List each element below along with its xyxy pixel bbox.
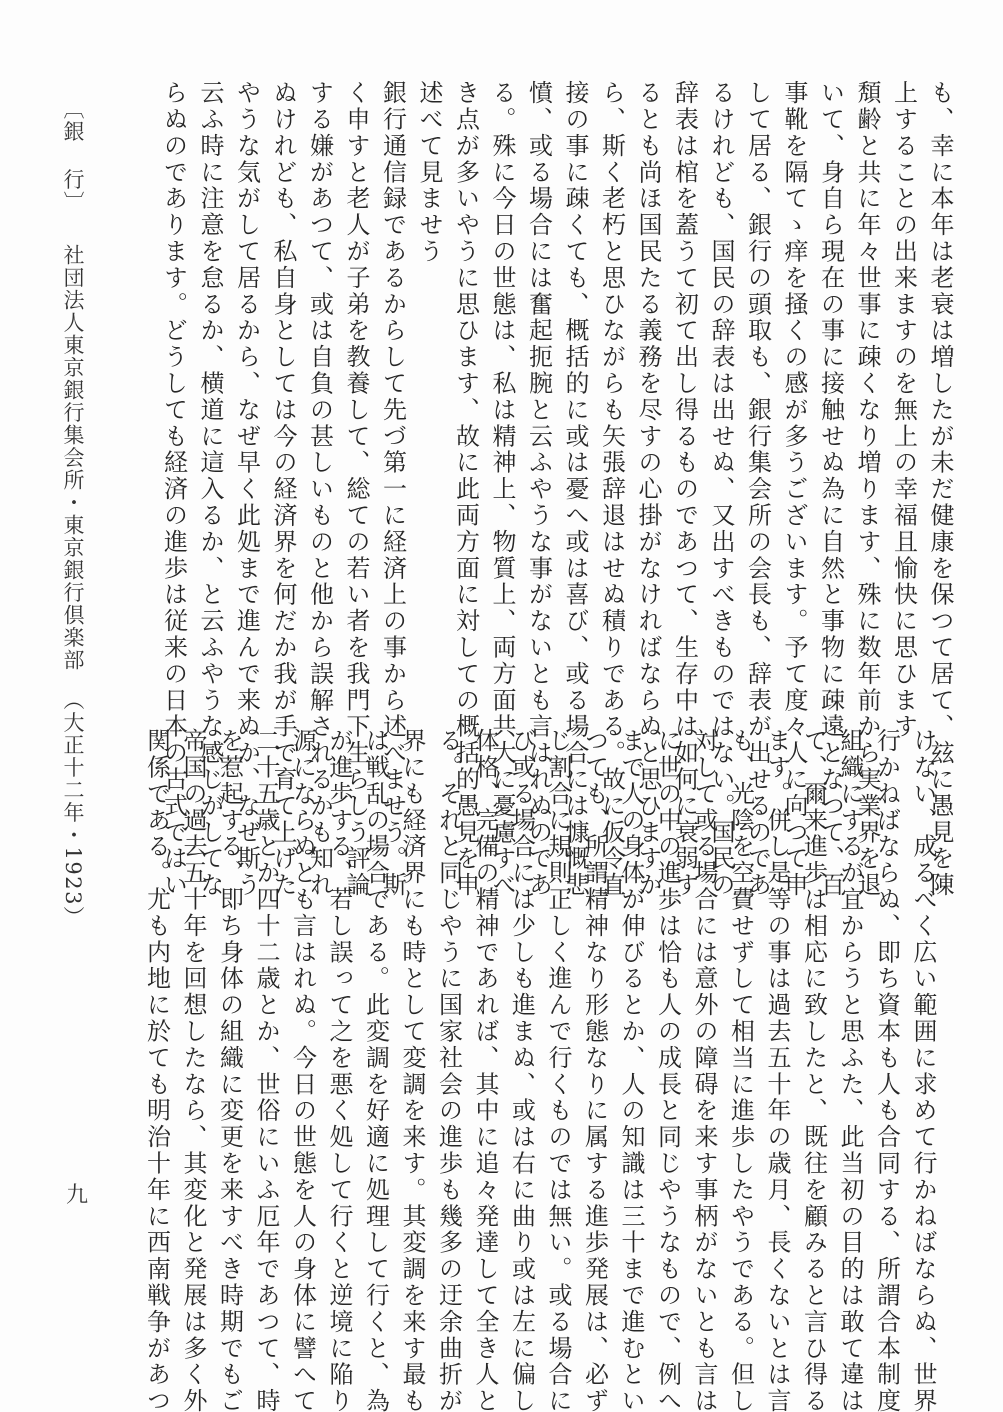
text-column: 辞表は棺を蓋うて初て出し得るものであつて、生存中は如何に衰弱す [666,80,703,688]
text-column: 関係である。尤も内地に於ても明治十年に西南戦争があつたが、二十 [138,728,175,1296]
text-column: まで人の身体が伸びるとか、人の知識は三十まで進むといふ定義はあ [613,728,650,1296]
text-column: る。それと同じやうに国家社会の進歩も幾多の迂余曲折がある。思想 [430,728,467,1296]
running-head-organization: 社団法人東京銀行集会所・東京銀行倶楽部 [58,244,88,672]
text-column: つても、所謂精神なり形態なりに属する進歩発展は、必ずしも年々同 [576,728,613,1296]
text-column: ら、斯く老朽と思ひながらも矢張辞退はせぬ積りである。故に仮令直 [593,80,630,688]
text-column: 接の事に疎くても、概括的に或は憂へ或は喜び、或る場合には慷慨悲 [557,80,594,688]
text-column: 二十五歳とか四十二歳とか、世俗にいふ厄年であつて、時に意外の病 [248,728,285,1296]
text-column: する嫌があつて、或は自負の甚しいものと他から誤解されるかも知れ [301,80,338,688]
text-column: 対して或る場合には意外の障碍を来す事柄がないとも言はれぬ。想ふ [686,728,723,1296]
text-column: は戦乱の場合である。此変調を好適に処理して行くと、為に大に事物 [357,728,394,1296]
text-column: に世の中の進歩は恰も人の成長と同じやうなもので、例へば二十五歳 [649,728,686,1296]
text-column: やうな気がして居るから、なぜ早く此処まで進んで来ぬか、なぜ斯う [228,80,265,688]
text-column: 体格、完備の精神であれば、其中に追々発達して全き人となるのであ [467,728,504,1296]
text-block-top: も、幸に本年は老衰は増したが未だ健康を保つて居て、玆に愚見を陳 上することの出来… [98,80,958,688]
text-column: けない、成るべく広い範囲に求めて行かねばならぬ、世界的にやつて [905,728,942,1296]
text-column: 源にならぬとも言はれぬ。今日の世態を人の身体に譬へて言ふならば [284,728,321,1296]
text-column: 銀行通信録であるからして先づ第一に経済上の事から述べませう。斯 [374,80,411,688]
text-column: ぬけれども、私自身としては今の経済界を何だか我が手で育て上げた [265,80,302,688]
text-column: て、爾来進歩は相応に致したと、既往を顧みると言ひ得るやうであり [795,728,832,1296]
text-column: び或る場合には少しも進まぬ、或は右に曲り或は左に偏して、健全の [503,728,540,1296]
text-column: じ割合に規則正しく進んで行くものでは無い。或る場合にはズット伸 [540,728,577,1296]
running-head-section: 〔銀 行〕 [58,98,88,214]
document-page: も、幸に本年は老衰は増したが未だ健康を保つて居て、玆に愚見を陳 上することの出来… [0,0,1003,1412]
text-column: るとも尚ほ国民たる義務を尽すの心掛がなければならぬと思ひますか [630,80,667,688]
running-head-year: （大正十二年・1923） [58,689,88,928]
text-column: るけれども、国民の辞表は出せぬ、又出すべきものではない。国民の [703,80,740,688]
text-column: 頽齢と共に年々世事に疎くなり増ります、殊に数年前から実業界を退 [849,80,886,688]
text-column: が進歩する、若し誤って之を悪く処して行くと逆境に陥りて種々の病 [321,728,358,1296]
page-number: 九 [66,1178,88,1209]
text-column: き点が多いやうに思ひます、故に此両方面に対しての概括的愚見を申 [447,80,484,688]
text-column: 憤、或る場合には奮起扼腕と云ふやうな事がないとも言はれぬのであ [520,80,557,688]
text-column: る。殊に今日の世態は、私は精神上、物質上、両方面共大に憂慮すべ [484,80,521,688]
text-column: 事靴を隔てゝ痒を掻くの感が多うございます。予て度々人に向つて申 [776,80,813,688]
text-column: して居る、銀行の頭取も、銀行集会所の会長も、辞表が出せるのであ [739,80,776,688]
text-column: いて、身自ら現在の事に接触せぬ為に自然と事物に疎遠となつて、百 [812,80,849,688]
text-column: を惹起する、即ち身体の組織に変更を来すべき時期でもございませう [211,728,248,1296]
text-column: 界にも経済界にも時として変調を来す。其変調を来す最も著しき機会 [394,728,431,1296]
text-column: も、幸に本年は老衰は増したが未だ健康を保つて居て、玆に愚見を陳 [922,80,959,688]
running-head: 〔銀 行〕社団法人東京銀行集会所・東京銀行倶楽部（大正十二年・1923） [58,98,88,928]
text-column: も、光陰を空費せずして相当に進歩したやうである。但し時の変化に [722,728,759,1296]
text-column: ます。併し是等の事は過去五十年の歳月、長くないとは言はぬけれど [759,728,796,1296]
text-column: 帝国の過去五十年を回想したなら、其変化と発展は多く外国に対する [175,728,212,1296]
text-column: 云ふ時に注意を怠るか、横道に這入るか、と云ふやうな感じがしてな [192,80,229,688]
text-column: らぬのであります。どうしても経済の進歩は従来の日本の古式ではい [155,80,192,688]
text-column: 上することの出来ますのを無上の幸福且愉快に思ひます [885,80,922,688]
text-column: 組織にするが宜からうと思ふた、此当初の目的は敢て違はぬのであつ [832,728,869,1296]
text-column: く申すと老人が子弟を教養して、総ての若い者を我門下生らしう評論 [338,80,375,688]
text-column: 行かねばならぬ、即ち資本も人も合同する、所謂合本制度を以て株式 [868,728,905,1296]
text-block-bottom: けない、成るべく広い範囲に求めて行かねばならぬ、世界的にやつて 行かねばならぬ、… [101,728,941,1296]
text-column: 述べて見ませう [411,80,448,688]
